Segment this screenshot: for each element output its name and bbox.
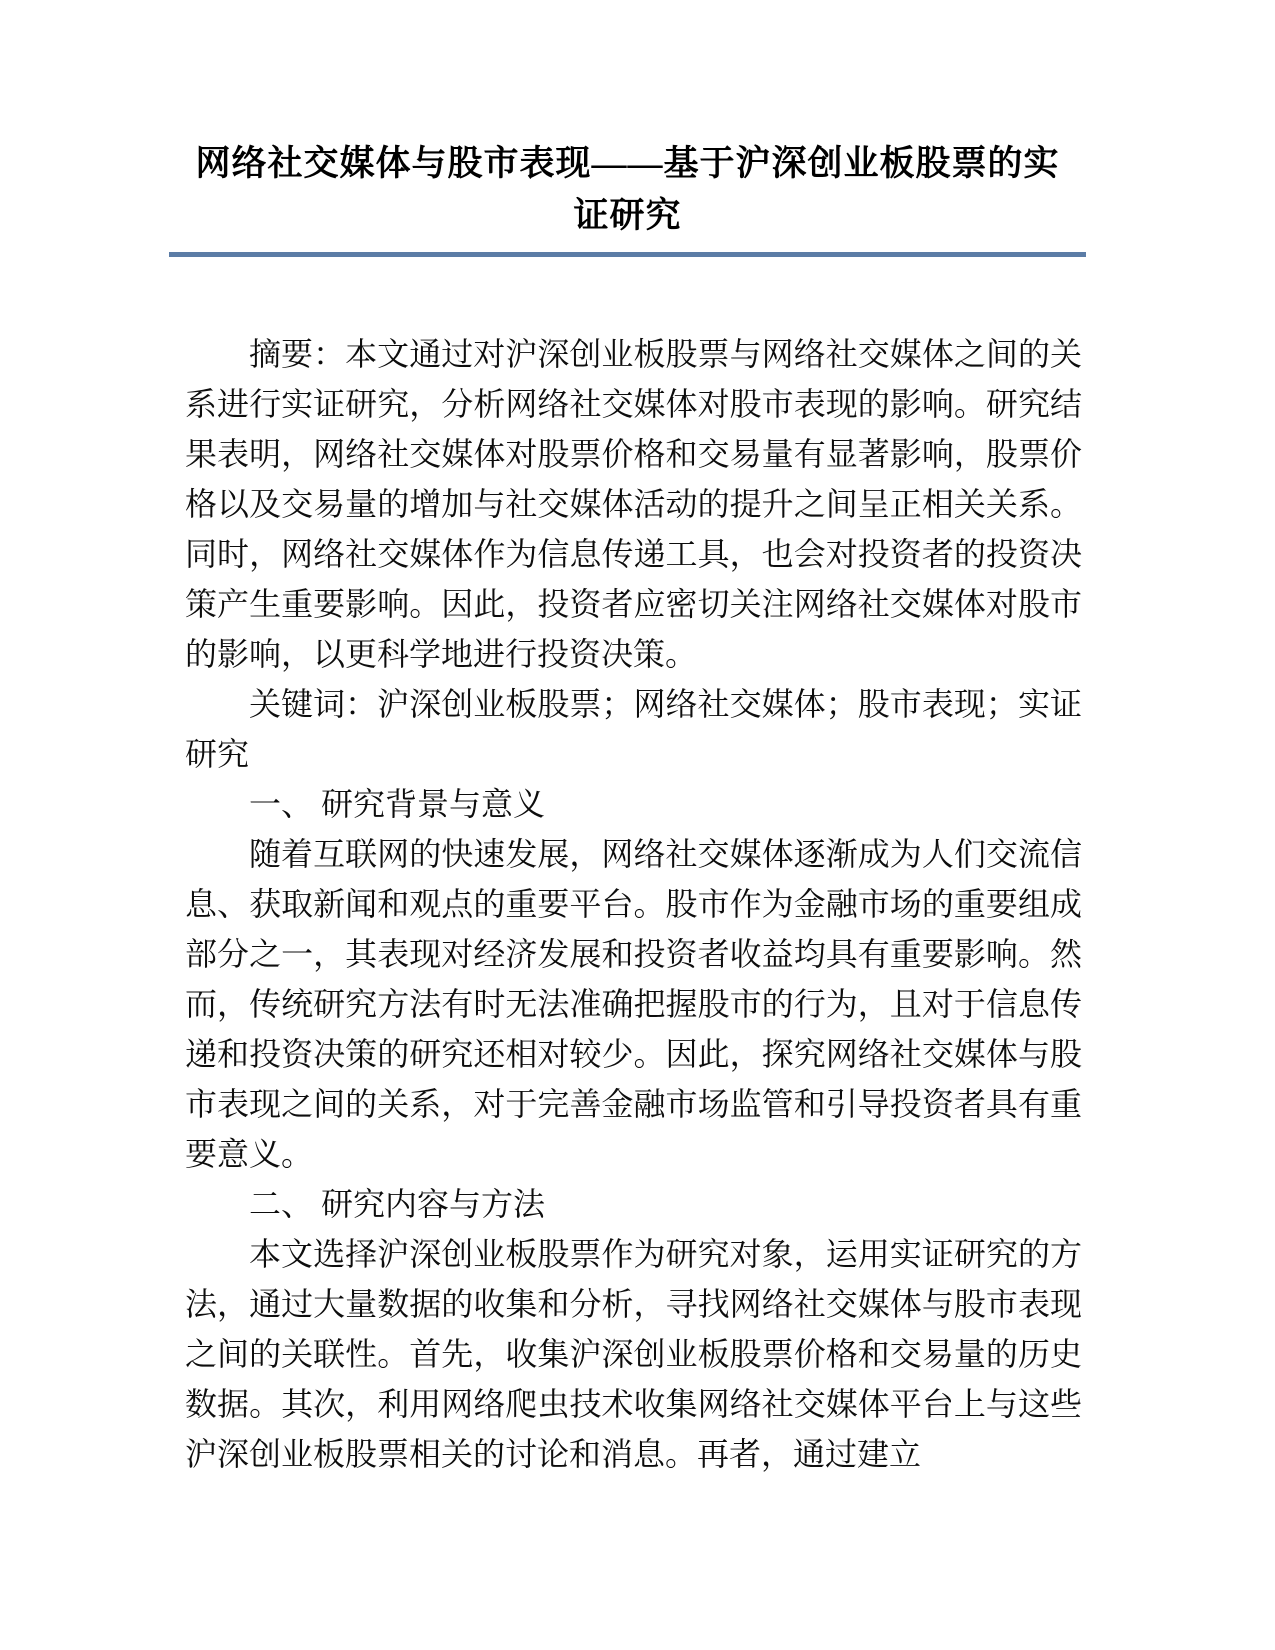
abstract-paragraph: 摘要：本文通过对沪深创业板股票与网络社交媒体之间的关系进行实证研究，分析网络社交… bbox=[185, 329, 1082, 679]
methods-paragraph: 本文选择沪深创业板股票作为研究对象，运用实证研究的方法，通过大量数据的收集和分析… bbox=[185, 1229, 1082, 1479]
title-underline-rule bbox=[169, 252, 1086, 257]
document-title-line2: 证研究 bbox=[573, 196, 681, 235]
document-title: 网络社交媒体与股市表现——基于沪深创业板股票的实 证研究 bbox=[169, 138, 1086, 242]
document-title-line1: 网络社交媒体与股市表现——基于沪深创业板股票的实 bbox=[195, 144, 1059, 183]
keywords-paragraph: 关键词：沪深创业板股票；网络社交媒体；股市表现；实证研究 bbox=[185, 679, 1082, 779]
document-page: 网络社交媒体与股市表现——基于沪深创业板股票的实 证研究 摘要：本文通过对沪深创… bbox=[0, 0, 1275, 1650]
background-paragraph: 随着互联网的快速发展，网络社交媒体逐渐成为人们交流信息、获取新闻和观点的重要平台… bbox=[185, 829, 1082, 1179]
section-heading-2: 二、 研究内容与方法 bbox=[185, 1179, 1082, 1229]
document-body: 摘要：本文通过对沪深创业板股票与网络社交媒体之间的关系进行实证研究，分析网络社交… bbox=[185, 329, 1082, 1479]
section-heading-1: 一、 研究背景与意义 bbox=[185, 779, 1082, 829]
